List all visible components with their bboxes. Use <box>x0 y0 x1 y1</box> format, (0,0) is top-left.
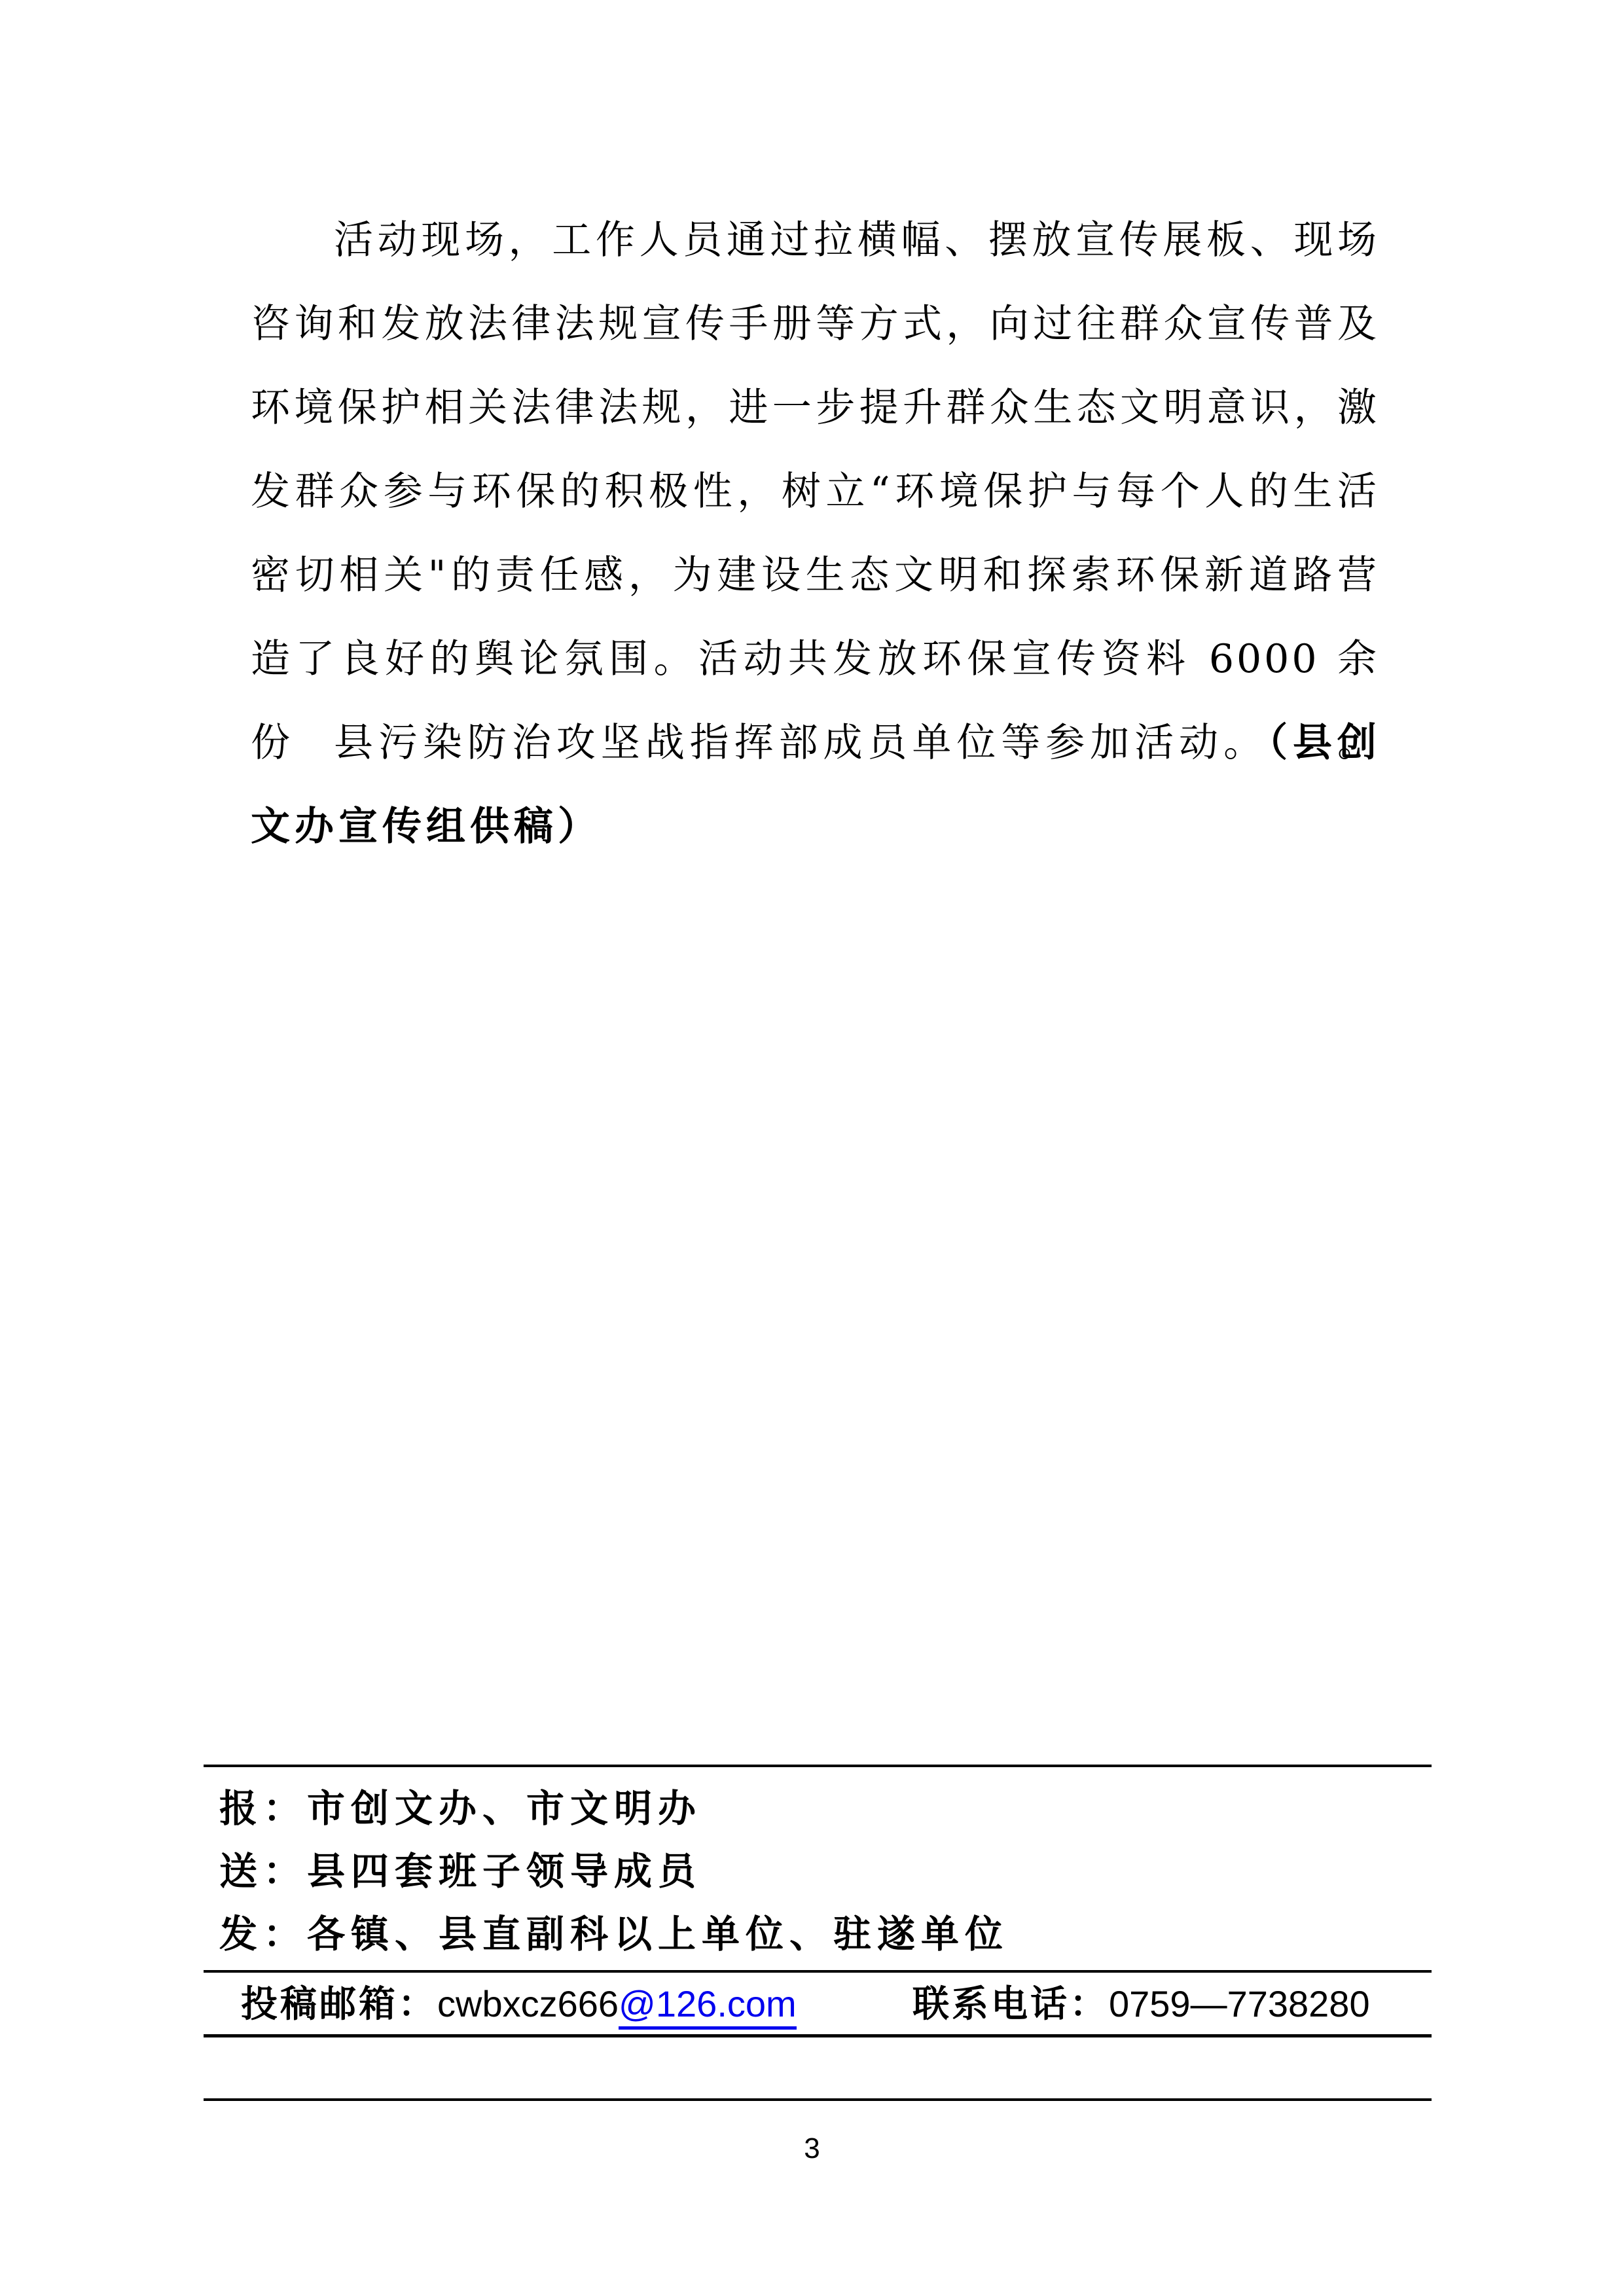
body-line: 发群众参与环保的积极性，树立“环境保护与每个人的生活 <box>251 450 1379 533</box>
body-line: 县污染防治攻坚战指挥部成员单位等参加活动。（县创 <box>251 701 1379 785</box>
body-text-segment: 密切相关"的责任感，为建设生态文明和探索环保新道路营 <box>251 552 1379 598</box>
footer-divider-middle <box>204 1970 1432 1973</box>
body-text-segment: 县污染防治攻坚战指挥部成员单位等参加活动。 <box>334 720 1268 766</box>
phone-number: 0759—7738280 <box>1109 1983 1370 2024</box>
footer-divider-top <box>204 1765 1432 1767</box>
email-label: 投稿邮箱： <box>241 1982 437 2026</box>
email-user: cwbxcz666 <box>437 1983 619 2024</box>
distribution-row: 送：县四套班子领导成员 <box>219 1840 1398 1903</box>
phone-label: 联系电话： <box>912 1982 1109 2026</box>
body-line: 活动现场，工作人员通过拉横幅、摆放宣传展板、现场 <box>251 198 1379 282</box>
body-line: 咨询和发放法律法规宣传手册等方式，向过往群众宣传普及 <box>251 282 1379 366</box>
page-number: 3 <box>0 2132 1624 2165</box>
body-line: 环境保护相关法律法规，进一步提升群众生态文明意识，激 <box>251 366 1379 450</box>
body-text-segment: 咨询和发放法律法规宣传手册等方式，向过往群众宣传普及 <box>251 301 1379 347</box>
distribution-row: 报：市创文办、市文明办 <box>219 1777 1398 1840</box>
distribution-list: 报：市创文办、市文明办送：县四套班子领导成员发：各镇、县直副科以上单位、驻遂单位 <box>219 1777 1398 1965</box>
footer-divider-below-contact <box>204 2034 1432 2037</box>
contact-row: 投稿邮箱：cwbxcz666@126.com 联系电话：0759—7738280 <box>0 1982 1624 2026</box>
contact-email-group: 投稿邮箱：cwbxcz666@126.com <box>241 1982 797 2027</box>
body-text-segment: 发群众参与环保的积极性，树立“环境保护与每个人的生活 <box>251 469 1379 514</box>
body-text-segment: 活动现场，工作人员通过拉横幅、摆放宣传展板、现场 <box>334 217 1379 263</box>
article-body: 活动现场，工作人员通过拉横幅、摆放宣传展板、现场咨询和发放法律法规宣传手册等方式… <box>251 198 1379 869</box>
body-text-segment: 环境保护相关法律法规，进一步提升群众生态文明意识，激 <box>251 385 1379 431</box>
body-line: 文办宣传组供稿） <box>251 785 1379 869</box>
contact-phone-group: 联系电话：0759—7738280 <box>912 1982 1370 2027</box>
email-domain-link[interactable]: @126.com <box>619 1983 797 2030</box>
document-page: 活动现场，工作人员通过拉横幅、摆放宣传展板、现场咨询和发放法律法规宣传手册等方式… <box>0 0 1624 2296</box>
body-line: 密切相关"的责任感，为建设生态文明和探索环保新道路营 <box>251 533 1379 617</box>
footer-divider-bottom <box>204 2098 1432 2101</box>
body-text-bold-segment: （县创 <box>1268 720 1379 766</box>
body-text-bold-segment: 文办宣传组供稿） <box>251 804 602 850</box>
body-line: 造了良好的舆论氛围。活动共发放环保宣传资料 6000 余份。 <box>251 617 1379 701</box>
distribution-row: 发：各镇、县直副科以上单位、驻遂单位 <box>219 1903 1398 1965</box>
